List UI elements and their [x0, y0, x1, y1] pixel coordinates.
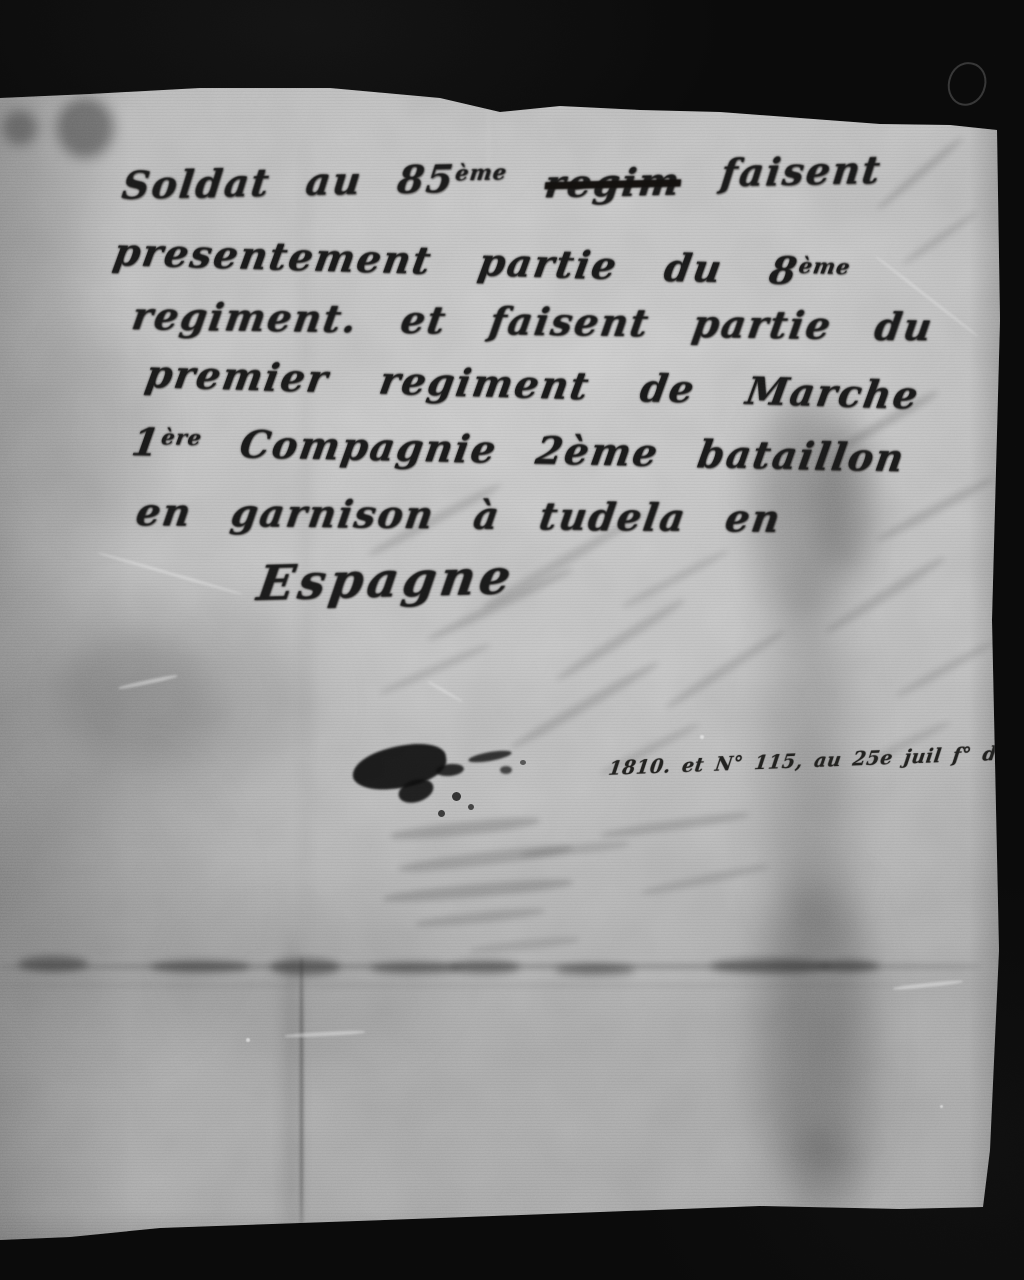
line-text: faisent	[718, 147, 884, 195]
ordinal-superscript: ère	[160, 424, 205, 450]
handwritten-line: en garnison à tudela en	[133, 489, 785, 541]
line-text: presentement partie du 8	[110, 229, 802, 293]
line-text: en garnison à tudela en	[133, 489, 785, 541]
handwritten-line: 1ère Compagnie 2ème bataillon	[129, 419, 909, 480]
handwritten-line: presentement partie du 8ème	[110, 229, 853, 295]
ordinal-superscript: ème	[454, 159, 509, 185]
ordinal-superscript: ème	[797, 253, 853, 279]
speck	[520, 96, 523, 99]
struck-out-word: regim	[542, 158, 683, 206]
line-text: regiment. et faisent partie du	[129, 293, 937, 349]
line-text: 1	[129, 419, 165, 465]
line-text: Espagne	[254, 549, 519, 612]
archival-annotation: 1810. et N° 115, au 25e juil f° du 8	[607, 742, 1024, 780]
handwritten-line: premier regiment de Marche	[142, 351, 923, 418]
photograph: Soldat au 85ème regim faisent presenteme…	[0, 0, 1024, 1280]
handwritten-text-block: Soldat au 85ème regim faisent presenteme…	[0, 0, 1024, 1280]
line-text: premier regiment de Marche	[142, 351, 923, 418]
manuscript-page: Soldat au 85ème regim faisent presenteme…	[0, 0, 1024, 1280]
handwritten-line: regiment. et faisent partie du	[129, 293, 937, 349]
handwritten-line-espagne: Espagne	[254, 549, 519, 612]
ring-mark	[944, 59, 990, 110]
line-text: Soldat au 85	[120, 156, 458, 208]
handwritten-line: Soldat au 85ème regim faisent	[120, 147, 885, 208]
line-text: Compagnie 2ème bataillon	[237, 421, 909, 480]
